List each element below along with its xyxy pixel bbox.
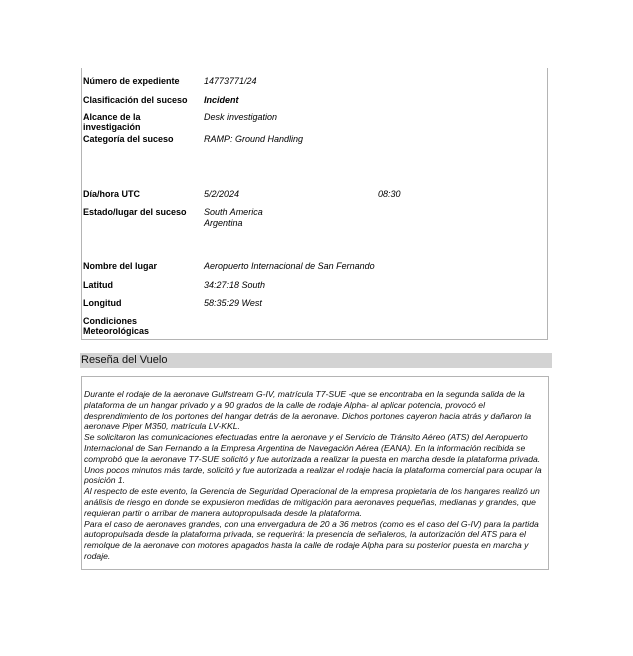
label-longitud: Longitud: [83, 298, 201, 308]
label-alcance: Alcance de la investigación: [83, 112, 163, 132]
label-dia-hora: Día/hora UTC: [83, 189, 201, 199]
label-latitud: Latitud: [83, 280, 201, 290]
value-hora: 08:30: [378, 189, 401, 199]
label-estado-lugar: Estado/lugar del suceso: [83, 207, 201, 217]
label-nombre-lugar: Nombre del lugar: [83, 261, 201, 271]
value-clasificacion: Incident: [204, 95, 239, 105]
narrative-paragraph: Para el caso de aeronaves grandes, con u…: [84, 519, 546, 562]
label-clasificacion: Clasificación del suceso: [83, 95, 201, 105]
value-longitud: 58:35:29 West: [204, 298, 262, 308]
value-nombre-lugar: Aeropuerto Internacional de San Fernando: [204, 261, 375, 271]
value-numero-expediente: 14773771/24: [204, 76, 257, 86]
value-fecha: 5/2/2024: [204, 189, 239, 199]
value-region: South America: [204, 207, 263, 217]
narrative-paragraph: Se solicitaron las comunicaciones efectu…: [84, 432, 546, 486]
narrative-paragraph: Al respecto de este evento, la Gerencia …: [84, 486, 546, 518]
narrative-box: Durante el rodaje de la aeronave Gulfstr…: [81, 376, 549, 570]
label-condiciones: Condiciones Meteorológicas: [83, 316, 158, 336]
label-categoria: Categoría del suceso: [83, 134, 201, 144]
value-latitud: 34:27:18 South: [204, 280, 265, 290]
value-pais: Argentina: [204, 218, 243, 228]
value-alcance: Desk investigation: [204, 112, 277, 122]
occurrence-info-box: Número de expediente 14773771/24 Clasifi…: [81, 68, 548, 340]
narrative-paragraph: Durante el rodaje de la aeronave Gulfstr…: [84, 389, 546, 432]
label-numero-expediente: Número de expediente: [83, 76, 201, 86]
narrative-text: Durante el rodaje de la aeronave Gulfstr…: [84, 389, 546, 562]
value-categoria: RAMP: Ground Handling: [204, 134, 303, 144]
section-header-resena: Reseña del Vuelo: [80, 353, 552, 368]
